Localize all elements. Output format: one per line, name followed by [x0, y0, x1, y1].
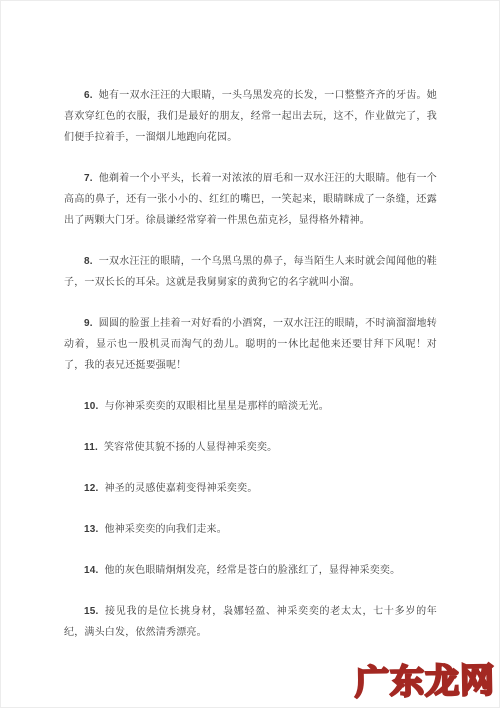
item-number: 14. — [84, 565, 99, 576]
paragraph: 13.他神采奕奕的向我们走来。 — [64, 519, 437, 540]
item-number: 12. — [84, 483, 99, 494]
paragraph: 12.神圣的灵感使嘉莉变得神采奕奕。 — [64, 478, 437, 499]
item-text: 圆圆的脸蛋上挂着一对好看的小酒窝，一双水汪汪的眼睛，不时滴溜溜地转动着，显示也一… — [64, 318, 437, 371]
item-number: 7. — [84, 173, 93, 184]
watermark-logo: 广东龙网 — [355, 653, 496, 704]
item-number: 15. — [84, 606, 99, 617]
item-text: 他的灰色眼睛炯炯发亮，经常是苍白的脸涨红了，显得神采奕奕。 — [105, 565, 401, 576]
item-text: 接见我的是位长挑身材，袅娜轻盈、神采奕奕的老太太，七十多岁的年纪，满头白发，依然… — [64, 606, 437, 638]
item-number: 13. — [84, 524, 99, 535]
item-number: 8. — [84, 256, 93, 267]
paragraph: 9.圆圆的脸蛋上挂着一对好看的小酒窝，一双水汪汪的眼睛，不时滴溜溜地转动着，显示… — [64, 313, 437, 376]
item-text: 神圣的灵感使嘉莉变得神采奕奕。 — [105, 483, 258, 494]
item-text: 她有一双水汪汪的大眼睛，一头乌黑发亮的长发，一口整整齐齐的牙齿。她喜欢穿红色的衣… — [64, 90, 437, 143]
paragraph: 7.他剃着一个小平头，长着一对浓浓的眉毛和一双水汪汪的大眼睛。他有一个高高的鼻子… — [64, 168, 437, 231]
item-text: 他剃着一个小平头，长着一对浓浓的眉毛和一双水汪汪的大眼睛。他有一个高高的鼻子，还… — [64, 173, 437, 226]
paragraph: 15.接见我的是位长挑身材，袅娜轻盈、神采奕奕的老太太，七十多岁的年纪，满头白发… — [64, 601, 437, 643]
paragraph: 11.笑容常使其貌不扬的人显得神采奕奕。 — [64, 437, 437, 458]
item-number: 11. — [84, 442, 98, 453]
item-text: 一双水汪汪的眼睛，一个乌黑乌黑的鼻子，每当陌生人来时就会闻闻他的鞋子，一双长长的… — [64, 256, 437, 288]
paragraph-list: 6.她有一双水汪汪的大眼睛，一头乌黑发亮的长发，一口整整齐齐的牙齿。她喜欢穿红色… — [64, 85, 437, 643]
item-number: 10. — [84, 401, 99, 412]
item-text: 笑容常使其貌不扬的人显得神采奕奕。 — [104, 442, 277, 453]
paragraph: 8.一双水汪汪的眼睛，一个乌黑乌黑的鼻子，每当陌生人来时就会闻闻他的鞋子，一双长… — [64, 251, 437, 293]
item-number: 6. — [84, 90, 93, 101]
document-page: 6.她有一双水汪汪的大眼睛，一头乌黑发亮的长发，一口整整齐齐的牙齿。她喜欢穿红色… — [0, 0, 500, 708]
paragraph: 10.与你神采奕奕的双眼相比星星是那样的暗淡无光。 — [64, 396, 437, 417]
item-text: 他神采奕奕的向我们走来。 — [105, 524, 227, 535]
paragraph: 14.他的灰色眼睛炯炯发亮，经常是苍白的脸涨红了，显得神采奕奕。 — [64, 560, 437, 581]
paragraph: 6.她有一双水汪汪的大眼睛，一头乌黑发亮的长发，一口整整齐齐的牙齿。她喜欢穿红色… — [64, 85, 437, 148]
item-text: 与你神采奕奕的双眼相比星星是那样的暗淡无光。 — [105, 401, 329, 412]
item-number: 9. — [84, 318, 93, 329]
